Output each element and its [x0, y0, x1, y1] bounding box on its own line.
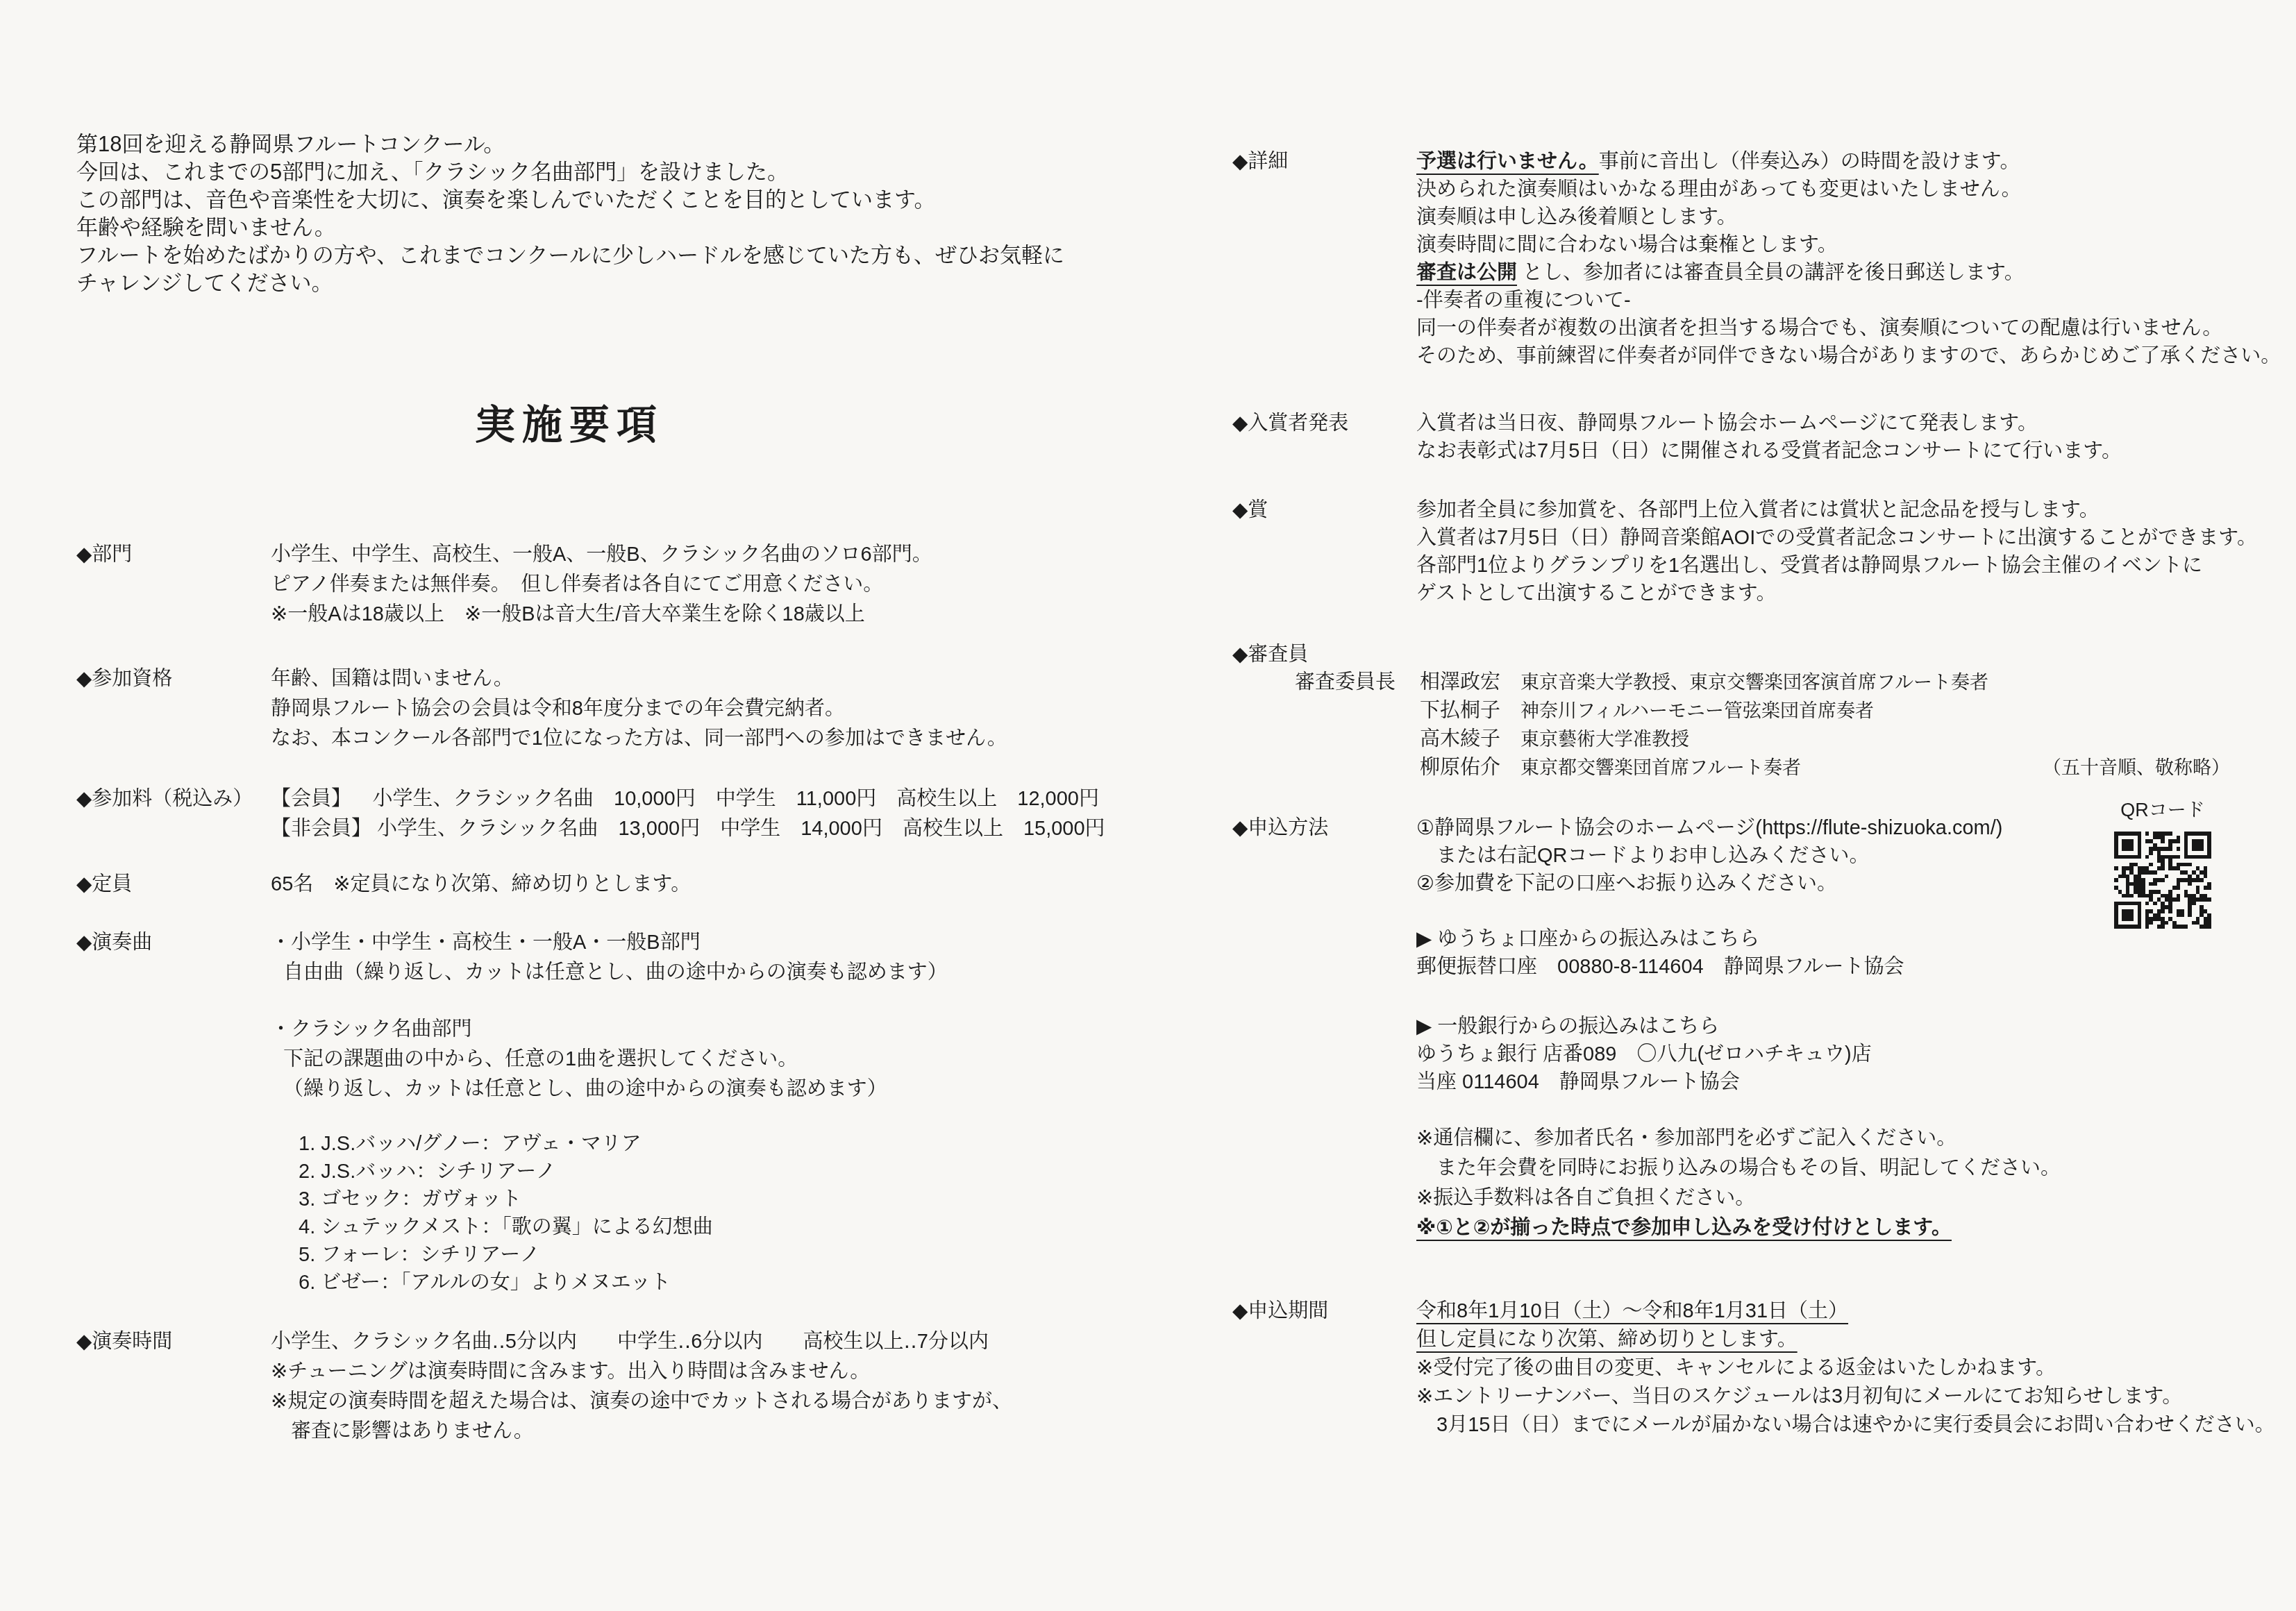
judge-title: 東京都交響楽団首席フルート奏者	[1520, 754, 1801, 782]
section-line: 小学生、中学生、高校生、一般A、一般B、クラシック名曲のソロ6部門。	[271, 540, 1173, 570]
section-label: ◆定員	[76, 870, 271, 900]
section-line: 【非会員】 小学生、クラシック名曲 13,000円 中学生 14,000円 高校…	[271, 814, 1173, 844]
section-sanka-shikaku: ◆参加資格 年齢、国籍は問いません。 静岡県フルート協会の会員は令和8年度分まで…	[76, 664, 1173, 754]
section-bumon: ◆部門 小学生、中学生、高校生、一般A、一般B、クラシック名曲のソロ6部門。 ピ…	[76, 540, 1173, 630]
section-line: 下記の課題曲の中から、任意の1曲を選択してください。	[271, 1045, 1173, 1074]
section-line: 郵便振替口座 00880-8-114604 静岡県フルート協会	[1416, 953, 2296, 981]
section-line: 予選は行いません。事前に音出し（伴奏込み）の時間を設けます。	[1416, 148, 2296, 176]
underlined-text: 予選は行いません。	[1416, 151, 1599, 173]
judge-title: 神奈川フィルハーモニー管弦楽団首席奏者	[1520, 697, 1874, 725]
section-line: ※通信欄に、参加者氏名・参加部門を必ずご記入ください。	[1416, 1124, 2296, 1154]
section-line: ピアノ伴奏または無伴奏。 但し伴奏者は各自にてご用意ください。	[271, 570, 1173, 600]
section-line: 3月15日（日）までにメールが届かない場合は速やかに実行委員会にお問い合わせくだ…	[1416, 1411, 2296, 1440]
section-line: 当座 0114604 静岡県フルート協会	[1416, 1068, 2296, 1096]
intro-line: 今回は、これまでの5部門に加え、「クラシック名曲部門」を設けました。	[76, 158, 1173, 186]
section-line: 【会員】 小学生、クラシック名曲 10,000円 中学生 11,000円 高校生…	[271, 784, 1173, 814]
song-item: 1. J.S.バッハ/グノー：アヴェ・マリア	[299, 1130, 1173, 1158]
section-line: 各部門1位よりグランプリを1名選出し、受賞者は静岡県フルート協会主催のイベントに	[1416, 552, 2296, 580]
section-line: ※受付完了後の曲目の変更、キャンセルによる返金はいたしかねます。	[1416, 1354, 2296, 1383]
judge-row: 高木綾子 東京藝術大学准教授	[1295, 725, 2296, 754]
section-line: ・クラシック名曲部門	[271, 1015, 1173, 1045]
song-item: 4. シュテックメスト：「歌の翼」による幻想曲	[299, 1213, 1173, 1241]
section-line: ※エントリーナンバー、当日のスケジュールは3月初旬にメールにてお知らせします。	[1416, 1383, 2296, 1411]
section-line: （繰り返し、カットは任意とし、曲の途中からの演奏も認めます）	[271, 1074, 1173, 1104]
section-label: ◆参加料（税込み）	[76, 784, 271, 844]
section-line: 但し定員になり次第、締め切りとします。	[1416, 1326, 2296, 1354]
song-item: 2. J.S.バッハ：シチリアーノ	[299, 1158, 1173, 1186]
section-enso-jikan: ◆演奏時間 小学生、クラシック名曲‥5分以内 中学生‥6分以内 高校生以上‥7分…	[76, 1327, 1173, 1446]
section-label: ◆部門	[76, 540, 271, 630]
judge-row: 下払桐子 神奈川フィルハーモニー管弦楽団首席奏者	[1295, 697, 2296, 725]
section-line: 静岡県フルート協会の会員は令和8年度分までの年会費完納者。	[271, 694, 1173, 724]
intro-line: この部門は、音色や音楽性を大切に、演奏を楽しんでいただくことを目的としています。	[76, 186, 1173, 214]
section-line: 決められた演奏順はいかなる理由があっても変更はいたしません。	[1416, 176, 2296, 203]
judge-name: 高木綾子	[1420, 725, 1520, 754]
bank-transfer-block: ▶ 一般銀行からの振込みはこちら ゆうちょ銀行 店番089 〇八九(ゼロハチキュ…	[1416, 1013, 2296, 1096]
section-label: ◆演奏曲	[76, 928, 271, 1297]
section-line: ※①と②が揃った時点で参加申し込みを受け付けとします。	[1416, 1213, 2296, 1243]
section-label: ◆申込方法	[1232, 814, 1416, 1243]
judge-name: 下払桐子	[1420, 697, 1520, 725]
section-sho: ◆賞 参加者全員に参加賞を、各部門上位入賞者には賞状と記念品を授与します。 入賞…	[1232, 496, 2296, 607]
page-title: 実施要項	[76, 401, 1062, 450]
song-item: 3. ゴセック：ガヴォット	[299, 1186, 1173, 1213]
judge-name: 柳原佑介	[1420, 754, 1520, 782]
section-line: ゆうちょ銀行 店番089 〇八九(ゼロハチキュウ)店	[1416, 1040, 2296, 1068]
section-line: -伴奏者の重複について-	[1416, 287, 2296, 314]
section-line: なお、本コンクール各部門で1位になった方は、同一部門への参加はできません。	[271, 724, 1173, 754]
section-enso-kyoku: ◆演奏曲 ・小学生・中学生・高校生・一般A・一般B部門 自由曲（繰り返し、カット…	[76, 928, 1173, 1297]
section-teiin: ◆定員 65名 ※定員になり次第、締め切りとします。	[76, 870, 1173, 900]
section-line: 演奏時間に間に合わない場合は棄権とします。	[1416, 231, 2296, 259]
section-shinsain: ◆審査員 審査委員長 相澤政宏 東京音楽大学教授、東京交響楽団客演首席フルート奏…	[1232, 641, 2296, 782]
section-line: 演奏順は申し込み後着順とします。	[1416, 203, 2296, 231]
section-line: 年齢、国籍は問いません。	[271, 664, 1173, 694]
judge-chair-label: 審査委員長	[1295, 668, 1420, 697]
section-line: ※チューニングは演奏時間に含みます。出入り時間は含みません。	[271, 1357, 1173, 1387]
judge-row: 審査委員長 相澤政宏 東京音楽大学教授、東京交響楽団客演首席フルート奏者	[1295, 668, 2296, 697]
qr-label: QRコード	[2111, 800, 2215, 820]
section-label: ◆申込期間	[1232, 1297, 1416, 1440]
section-nyushosha-happyo: ◆入賞者発表 入賞者は当日夜、静岡県フルート協会ホームページにて発表します。 な…	[1232, 410, 2296, 465]
section-sanka-ryo: ◆参加料（税込み） 【会員】 小学生、クラシック名曲 10,000円 中学生 1…	[76, 784, 1173, 844]
judge-table: 審査委員長 相澤政宏 東京音楽大学教授、東京交響楽団客演首席フルート奏者 下払桐…	[1232, 668, 2296, 782]
section-line: ※一般Aは18歳以上 ※一般Bは音大生/音大卒業生を除く18歳以上	[271, 600, 1173, 630]
section-shosai: ◆詳細 予選は行いません。事前に音出し（伴奏込み）の時間を設けます。 決められた…	[1232, 148, 2296, 370]
underlined-text: 令和8年1月10日（土）～令和8年1月31日（土）	[1416, 1300, 1848, 1322]
section-line: 入賞者は7月5日（日）静岡音楽館AOIでの受賞者記念コンサートに出演することがで…	[1416, 524, 2296, 552]
section-line: 小学生、クラシック名曲‥5分以内 中学生‥6分以内 高校生以上‥7分以内	[271, 1327, 1173, 1357]
intro-line: フルートを始めたばかりの方や、これまでコンクールに少しハードルを感じていた方も、…	[76, 242, 1173, 269]
section-line: ▶ 一般銀行からの振込みはこちら	[1416, 1013, 2296, 1040]
section-line: ※振込手数料は各自ご負担ください。	[1416, 1183, 2296, 1213]
qr-code	[2114, 832, 2211, 929]
section-line: ・小学生・中学生・高校生・一般A・一般B部門	[271, 928, 1173, 958]
payment-notes-block: ※通信欄に、参加者氏名・参加部門を必ずご記入ください。 また年会費を同時にお振り…	[1416, 1124, 2296, 1243]
section-line: 入賞者は当日夜、静岡県フルート協会ホームページにて発表します。	[1416, 410, 2296, 437]
yucho-transfer-block: ▶ ゆうちょ口座からの振込みはこちら 郵便振替口座 00880-8-114604…	[1416, 925, 2296, 981]
section-label: ◆審査員	[1232, 641, 1416, 668]
judge-order-note: （五十音順、敬称略）	[2043, 754, 2296, 782]
section-line: 審査は公開 とし、参加者には審査員全員の講評を後日郵送します。	[1416, 259, 2296, 287]
qr-block: QRコード	[2111, 800, 2215, 932]
section-label: ◆入賞者発表	[1232, 410, 1416, 465]
intro-line: チャレンジしてください。	[76, 269, 1173, 297]
left-column: 第18回を迎える静岡県フルートコンクール。 今回は、これまでの5部門に加え、「ク…	[0, 0, 1173, 1611]
section-line: 令和8年1月10日（土）～令和8年1月31日（土）	[1416, 1297, 2296, 1326]
section-line: 審査に影響はありません。	[271, 1417, 1173, 1446]
song-item: 5. フォーレ：シチリアーノ	[299, 1241, 1173, 1269]
intro-line: 第18回を迎える静岡県フルートコンクール。	[76, 130, 1173, 158]
section-line: 参加者全員に参加賞を、各部門上位入賞者には賞状と記念品を授与します。	[1416, 496, 2296, 524]
section-label: ◆演奏時間	[76, 1327, 271, 1446]
intro-line: 年齢や経験を問いません。	[76, 214, 1173, 242]
section-line: なお表彰式は7月5日（日）に開催される受賞者記念コンサートにて行います。	[1416, 437, 2296, 465]
section-line: そのため、事前練習に伴奏者が同伴できない場合がありますので、あらかじめご了承くだ…	[1416, 342, 2296, 370]
section-line: 自由曲（繰り返し、カットは任意とし、曲の途中からの演奏も認めます）	[271, 958, 1173, 988]
section-label: ◆参加資格	[76, 664, 271, 754]
underlined-text: ※①と②が揃った時点で参加申し込みを受け付けとします。	[1416, 1217, 1952, 1239]
song-item: 6. ビゼー：「アルルの女」よりメヌエット	[299, 1269, 1173, 1297]
judge-name: 相澤政宏	[1420, 668, 1520, 697]
section-line: 同一の伴奏者が複数の出演者を担当する場合でも、演奏順についての配慮は行いません。	[1416, 314, 2296, 342]
intro-paragraph: 第18回を迎える静岡県フルートコンクール。 今回は、これまでの5部門に加え、「ク…	[76, 130, 1173, 297]
document-page: 第18回を迎える静岡県フルートコンクール。 今回は、これまでの5部門に加え、「ク…	[0, 0, 2296, 1611]
section-line: また年会費を同時にお振り込みの場合もその旨、明記してください。	[1416, 1154, 2296, 1183]
judge-title: 東京音楽大学教授、東京交響楽団客演首席フルート奏者	[1520, 668, 1988, 697]
section-line: ゲストとして出演することができます。	[1416, 580, 2296, 607]
section-label: ◆賞	[1232, 496, 1416, 607]
judge-row: 柳原佑介 東京都交響楽団首席フルート奏者 （五十音順、敬称略）	[1295, 754, 2296, 782]
judge-title: 東京藝術大学准教授	[1520, 725, 1689, 754]
section-label: ◆詳細	[1232, 148, 1416, 370]
section-line: 65名 ※定員になり次第、締め切りとします。	[271, 870, 1173, 900]
section-moshikomi-kikan: ◆申込期間 令和8年1月10日（土）～令和8年1月31日（土） 但し定員になり次…	[1232, 1297, 2296, 1440]
section-line: ※規定の演奏時間を超えた場合は、演奏の途中でカットされる場合がありますが、	[271, 1387, 1173, 1417]
song-list: 1. J.S.バッハ/グノー：アヴェ・マリア 2. J.S.バッハ：シチリアーノ…	[271, 1130, 1173, 1297]
underlined-text: 但し定員になり次第、締め切りとします。	[1416, 1329, 1798, 1351]
underlined-text: 審査は公開	[1416, 262, 1517, 284]
